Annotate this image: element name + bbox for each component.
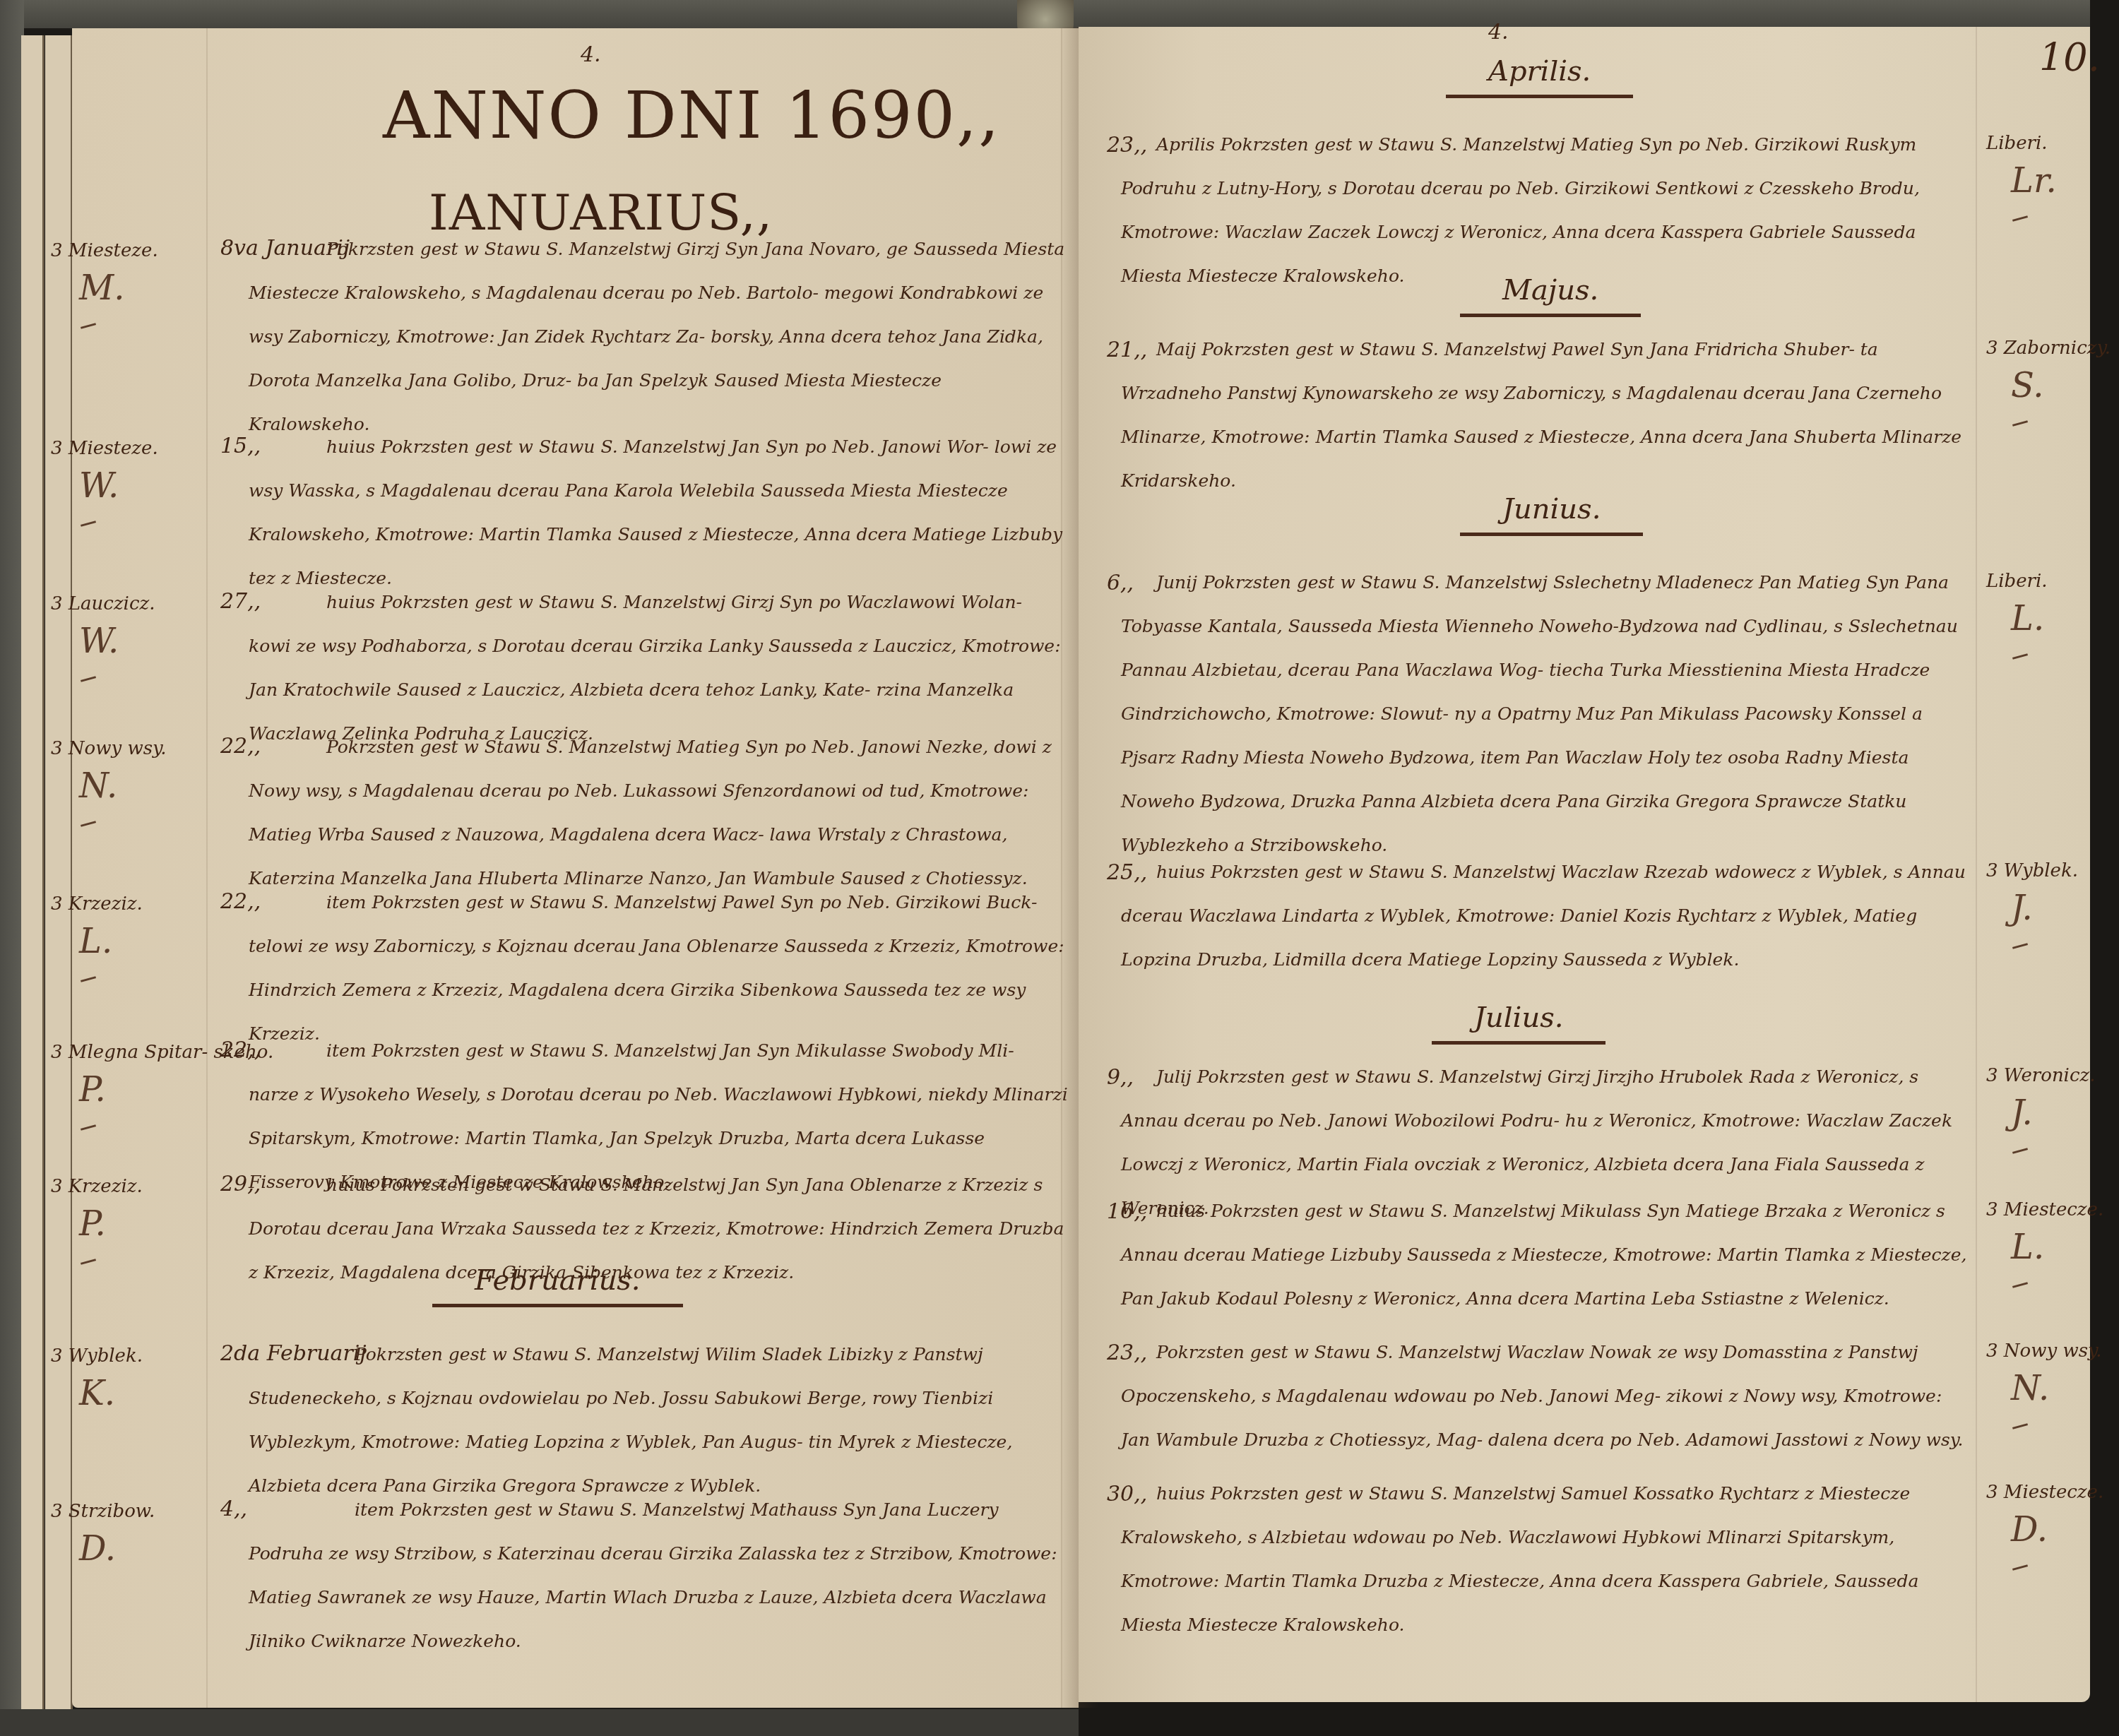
register-mark: Lr. — [2011, 161, 2057, 201]
register-mark: D. — [2011, 1510, 2048, 1550]
entry-text: Maij Pokrzsten gest w Stawu S. Manzelstw… — [1121, 328, 1969, 503]
register-mark: M. — [79, 268, 124, 308]
mark-dash — [2012, 1564, 2028, 1571]
register-mark: J. — [2011, 1093, 2033, 1133]
register-mark: J. — [2011, 888, 2033, 928]
mark-dash — [81, 323, 96, 329]
margin-rule — [1976, 27, 1977, 1702]
month-heading-february: Februarius. — [432, 1264, 683, 1307]
entry-text: huius Pokrzsten gest w Stawu S. Manzelst… — [1121, 850, 1969, 982]
margin-place-name: 3 Wyblek. — [1986, 860, 2078, 881]
left-page: 4. ANNO DNI 1690,, IANUARIUS,, 3 Miestez… — [72, 28, 1079, 1708]
background-bottom — [1079, 1702, 2119, 1736]
margin-place-name: 3 Miesteze. — [51, 438, 158, 459]
mark-dash — [81, 1259, 96, 1265]
margin-place-name: 3 Miestecze. — [1986, 1482, 2103, 1503]
entry-text: Pokrzsten gest w Stawu S. Manzelstwj Wac… — [1121, 1331, 1969, 1462]
register-mark: N. — [79, 766, 117, 806]
mark-dash — [2012, 1148, 2028, 1154]
register-mark: D. — [79, 1529, 116, 1569]
margin-place-name: 3 Miesteze. — [51, 240, 158, 261]
entry-text: Pokrzsten gest w Stawu S. Manzelstwj Mat… — [249, 725, 1068, 900]
register-mark: L. — [79, 922, 112, 961]
right-page: 10. 4. Aprilis.23,,Aprilis Pokrzsten ges… — [1079, 27, 2090, 1702]
folio-mark: 4. — [1488, 20, 1509, 44]
register-mark: P. — [79, 1070, 106, 1110]
book-cover-bottom — [0, 1709, 1088, 1736]
margin-place-name: 3 Weronicz. — [1986, 1065, 2095, 1086]
entry-text: Pokrzsten gest w Stawu S. Manzelstwj Gir… — [249, 227, 1068, 446]
mark-dash — [2012, 943, 2028, 949]
mark-dash — [81, 976, 96, 982]
margin-place-name: 3 Strzibow. — [51, 1501, 155, 1522]
margin-place-name: 3 Nowy wsy. — [51, 738, 167, 759]
register-mark: W. — [79, 466, 119, 506]
mark-dash — [81, 676, 96, 682]
mark-dash — [2012, 215, 2028, 222]
book-cover-left — [0, 0, 24, 1736]
mark-dash — [2012, 420, 2028, 427]
margin-place-name: 3 Krzeziz. — [51, 893, 143, 915]
entry-text: item Pokrzsten gest w Stawu S. Manzelstw… — [249, 1488, 1068, 1663]
margin-place-name: Liberi. — [1986, 133, 2048, 154]
mark-dash — [81, 521, 96, 527]
mark-dash — [81, 1124, 96, 1131]
margin-place-name: 3 Zaborniczy. — [1986, 338, 2111, 359]
entry-text: huius Pokrzsten gest w Stawu S. Manzelst… — [1121, 1189, 1969, 1321]
register-mark: L. — [2011, 1227, 2044, 1267]
entry-text: huius Pokrzsten gest w Stawu S. Manzelst… — [1121, 1472, 1969, 1647]
folio-mark: 4. — [581, 42, 601, 67]
page-edge — [45, 35, 73, 1709]
register-mark: K. — [79, 1374, 115, 1413]
margin-place-name: 3 Miestecze. — [1986, 1199, 2103, 1220]
month-heading: Majus. — [1460, 274, 1641, 317]
margin-rule — [206, 28, 208, 1708]
mark-dash — [81, 821, 96, 827]
month-heading: Junius. — [1460, 493, 1643, 536]
mark-dash — [2012, 653, 2028, 660]
entry-date: 4,, — [220, 1497, 247, 1521]
mark-dash — [2012, 1423, 2028, 1429]
month-heading: Julius. — [1432, 1001, 1605, 1045]
margin-place-name: 3 Wyblek. — [51, 1345, 143, 1367]
background-right — [2090, 0, 2119, 1736]
register-mark: P. — [79, 1204, 106, 1244]
entry-text: Junij Pokrzsten gest w Stawu S. Manzelst… — [1121, 561, 1969, 867]
register-mark: L. — [2011, 599, 2044, 638]
margin-place-name: 3 Krzeziz. — [51, 1176, 143, 1197]
entry-text: Aprilis Pokrzsten gest w Stawu S. Manzel… — [1121, 123, 1969, 298]
register-mark: N. — [2011, 1369, 2049, 1408]
margin-place-name: 3 Nowy wsy. — [1986, 1340, 2102, 1362]
year-heading: ANNO DNI 1690,, — [383, 78, 1001, 153]
margin-place-name: Liberi. — [1986, 571, 2048, 592]
entry-text: Pokrzsten gest w Stawu S. Manzelstwj Wil… — [249, 1333, 1068, 1508]
page-edge — [21, 35, 44, 1709]
month-heading: Aprilis. — [1446, 55, 1633, 98]
register-mark: W. — [79, 622, 119, 661]
mark-dash — [2012, 1282, 2028, 1288]
register-mark: S. — [2011, 366, 2043, 405]
margin-place-name: 3 Lauczicz. — [51, 593, 155, 614]
entry-text: huius Pokrzsten gest w Stawu S. Manzelst… — [249, 425, 1068, 600]
page-number: 10. — [2039, 35, 2100, 80]
